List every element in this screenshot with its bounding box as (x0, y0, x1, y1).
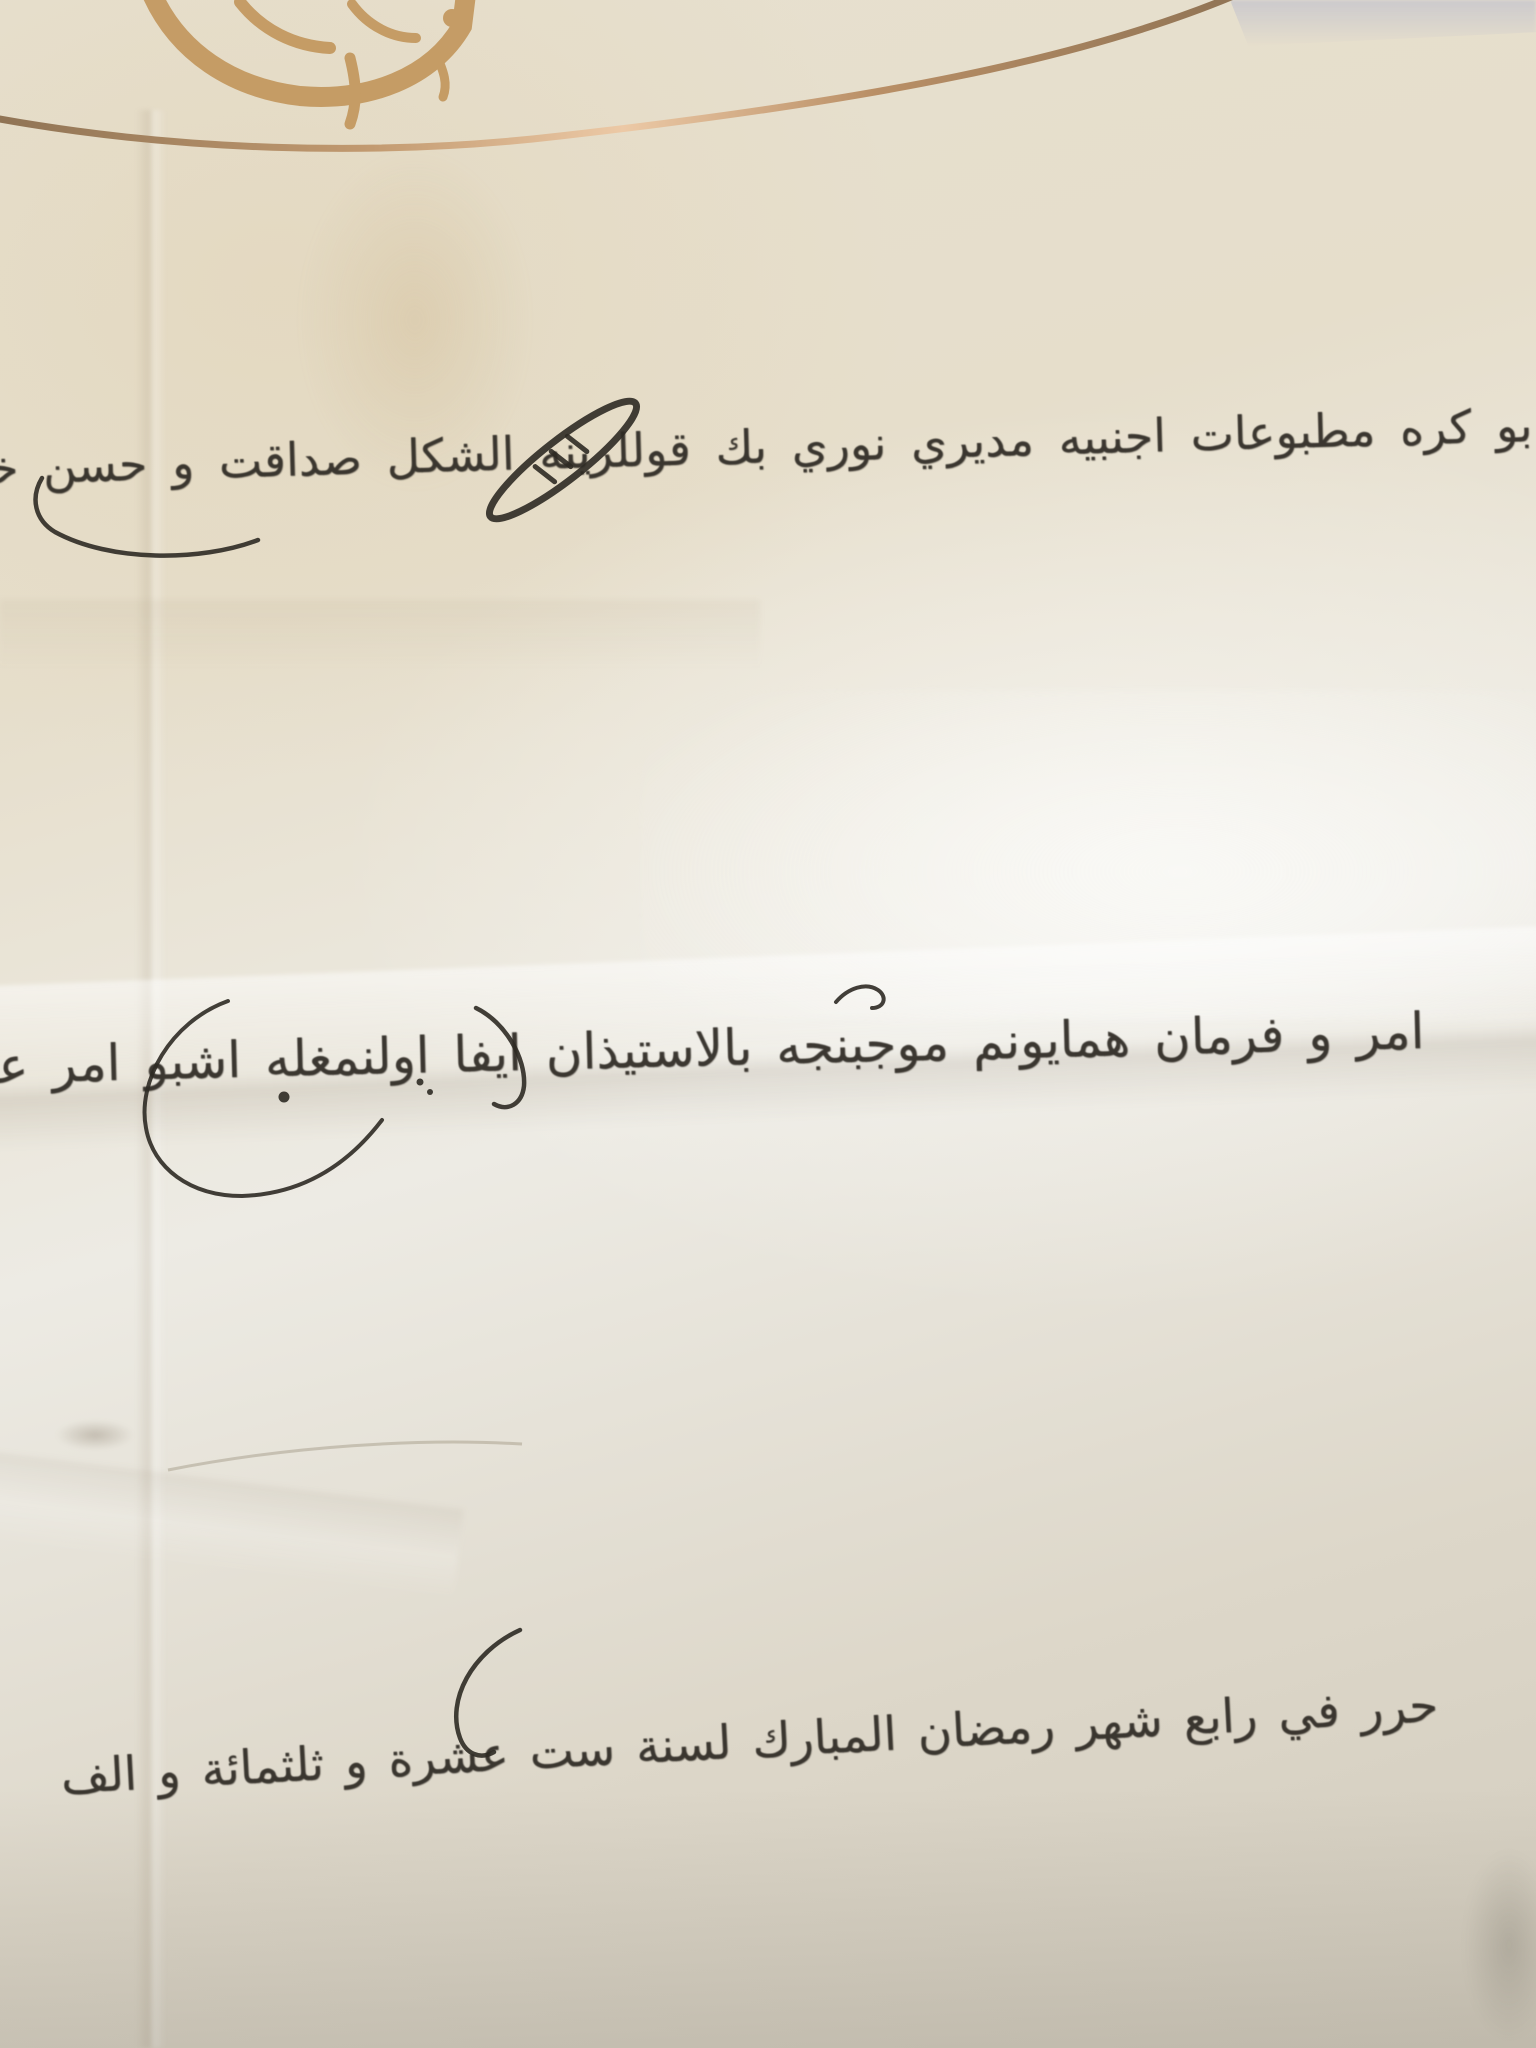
document-photo: بو كره مطبوعات اجنبيه مديري نوري بك قولل… (0, 0, 1536, 2048)
lower-left-crease (0, 1451, 464, 1599)
handwritten-line-2: امر و فرمان همايونم موجبنجه بالاستيذان ا… (0, 1002, 1425, 1106)
tughra-fragment (152, 0, 466, 124)
faint-pencil-line (168, 1442, 522, 1470)
fold-highlight-band (640, 690, 1536, 1020)
bottom-vignette-shadow (0, 1788, 1536, 2048)
line2-superscript-mark (836, 986, 884, 1008)
handwritten-date-line: حرر في رابع شهر رمضان المبارك لسنة ست عش… (59, 1678, 1439, 1805)
pencil-smudge (56, 1420, 134, 1450)
line2-dot-b (427, 1089, 433, 1095)
right-edge-curl-shadow (1464, 1850, 1536, 2040)
line2-period-dot (279, 1092, 290, 1103)
handwritten-line-1: بو كره مطبوعات اجنبيه مديري نوري بك قولل… (0, 398, 1533, 503)
top-edge-shadow (1230, 0, 1536, 46)
gold-frame-arc (0, 0, 1252, 148)
soft-tone-change (0, 600, 760, 670)
